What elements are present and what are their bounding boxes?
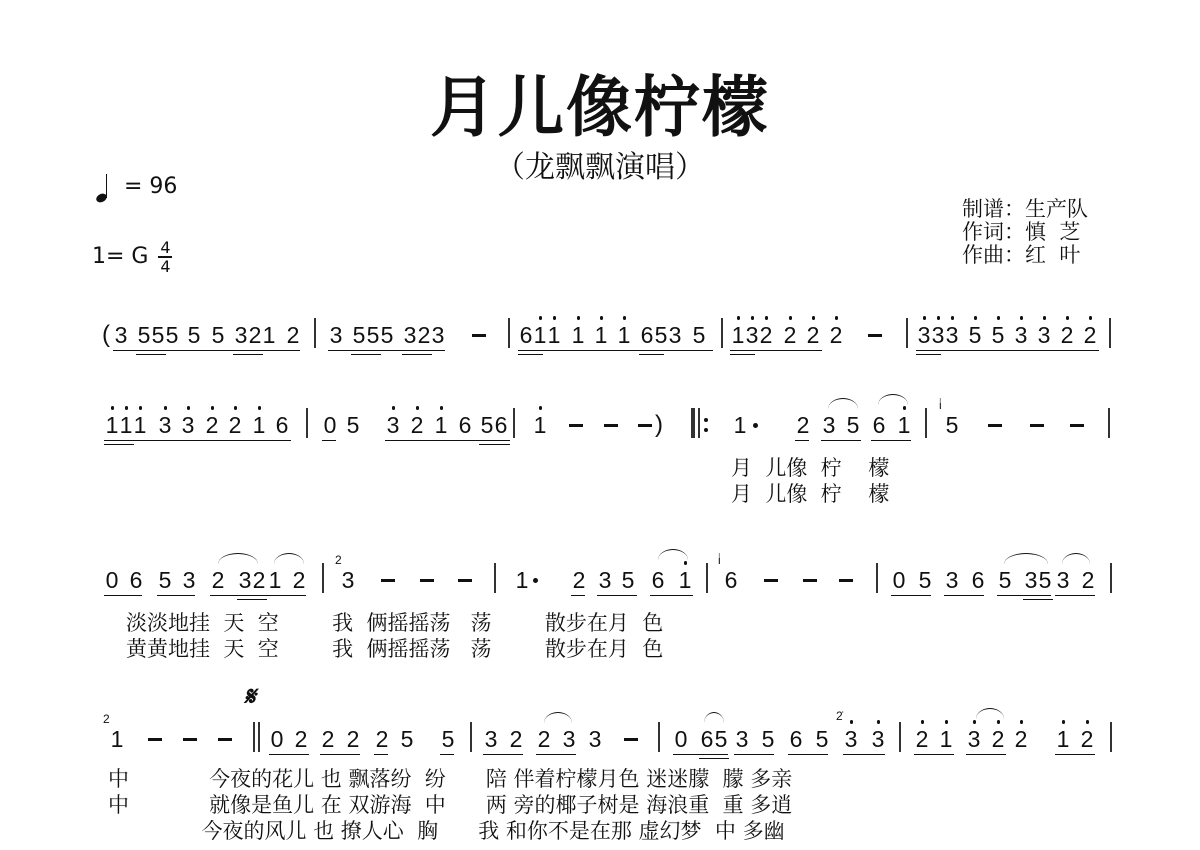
- barline: [1110, 563, 1112, 593]
- grace-note: i̇: [718, 554, 721, 566]
- note: 5: [366, 322, 380, 348]
- note: 3: [945, 567, 959, 593]
- tempo-value: = 96: [124, 172, 177, 202]
- note: 1: [533, 322, 547, 348]
- lyric-line-3: 今夜的风儿 也 撩人心 胸 我 和你不是在那 虚幻梦 中 多幽: [108, 818, 785, 844]
- repeat-dot: [704, 428, 708, 432]
- note: 5: [761, 726, 775, 752]
- note: 3: [431, 322, 445, 348]
- note: 1: [262, 322, 276, 348]
- note: 2: [410, 412, 424, 438]
- note: 6: [458, 412, 472, 438]
- lyric-line-2: 黄黄地挂 天 空 我 俩摇摇荡 荡 散步在月 色: [126, 636, 663, 662]
- note: 6: [640, 322, 654, 348]
- note: 2: [417, 322, 431, 348]
- note: 5: [692, 322, 706, 348]
- key-text: 1= G: [92, 242, 148, 272]
- open-paren: (: [102, 321, 110, 349]
- repeat-start-barline: [691, 408, 695, 438]
- note: 2: [783, 322, 797, 348]
- note: 6: [971, 567, 985, 593]
- lyric-line-1: 淡淡地挂 天 空 我 俩摇摇荡 荡 散步在月 色: [126, 610, 663, 636]
- note: 2: [294, 726, 308, 752]
- note: 5: [846, 412, 860, 438]
- note: 2: [509, 726, 523, 752]
- note: 6: [651, 567, 665, 593]
- note: 1: [515, 567, 529, 593]
- note: 2: [286, 322, 300, 348]
- lyric-line-2: 月 儿像 柠 檬: [731, 481, 889, 507]
- barline: [925, 408, 927, 438]
- note: 1: [733, 412, 747, 438]
- note: 5: [621, 567, 635, 593]
- note: 5: [211, 322, 225, 348]
- note: 3: [598, 567, 612, 593]
- note: 5: [441, 726, 455, 752]
- note: 2: [1081, 567, 1095, 593]
- note: 3: [945, 322, 959, 348]
- note: 2: [1083, 322, 1097, 348]
- barline: [1110, 722, 1112, 752]
- note: 2: [1014, 726, 1028, 752]
- note: 2: [252, 567, 266, 593]
- note: 5: [654, 322, 668, 348]
- note: 1: [1056, 726, 1070, 752]
- note: 6: [494, 412, 508, 438]
- note: 5: [1038, 567, 1052, 593]
- performer-subtitle: （龙飘飘演唱）: [0, 148, 1200, 188]
- time-sig-top: 4: [160, 240, 170, 255]
- segno-icon: 𝄋: [244, 682, 255, 713]
- note: 1: [939, 726, 953, 752]
- score-system-2: 1 1 1 3 3 2 2 1 6 0 5 3 2 1 6 5 6 1 ) 1 …: [0, 412, 1200, 472]
- note: 1: [133, 412, 147, 438]
- note: 5: [991, 322, 1005, 348]
- credit-composer: 作曲：红 叶: [962, 244, 1088, 267]
- note: 1: [547, 322, 561, 348]
- note: 3: [234, 322, 248, 348]
- note: 3: [967, 726, 981, 752]
- note: 5: [151, 322, 165, 348]
- note: 2: [211, 567, 225, 593]
- credit-arranger: 制谱：生产队: [962, 198, 1088, 221]
- note: 0: [323, 412, 337, 438]
- double-barline: [253, 722, 255, 752]
- note: 1: [678, 567, 692, 593]
- note: 1: [110, 726, 124, 752]
- note: 3: [1037, 322, 1051, 348]
- note: 3: [403, 322, 417, 348]
- note: 2: [829, 322, 843, 348]
- note: 3: [931, 322, 945, 348]
- note: 3: [1014, 322, 1028, 348]
- note: 3: [182, 567, 196, 593]
- note: 1: [617, 322, 631, 348]
- note: 1: [105, 412, 119, 438]
- barline: [899, 722, 901, 752]
- note: 1: [268, 567, 282, 593]
- barline: [721, 318, 723, 348]
- note: 0: [674, 726, 688, 752]
- note: 1: [252, 412, 266, 438]
- barline: [1108, 408, 1110, 438]
- barline: [876, 563, 878, 593]
- note: 6: [724, 567, 738, 593]
- grace-note: i̇: [939, 399, 942, 411]
- grace-note: 2: [103, 713, 110, 725]
- repeat-dot: [704, 418, 708, 422]
- augmentation-dot: [753, 423, 758, 428]
- note: 5: [968, 322, 982, 348]
- note: 2: [759, 322, 773, 348]
- note: 2: [915, 726, 929, 752]
- barline: [322, 563, 324, 593]
- grace-note: 2̇: [836, 710, 843, 722]
- time-signature: 4 4: [158, 240, 172, 274]
- note: 3: [1056, 567, 1070, 593]
- note: 3: [745, 322, 759, 348]
- augmentation-dot: [533, 578, 538, 583]
- note: 5: [400, 726, 414, 752]
- note: 2: [375, 726, 389, 752]
- barline: [513, 408, 515, 438]
- note: 5: [714, 726, 728, 752]
- note: 0: [270, 726, 284, 752]
- note: 3: [329, 322, 343, 348]
- note: 6: [129, 567, 143, 593]
- note: 5: [380, 322, 394, 348]
- note: 5: [346, 412, 360, 438]
- score-system-3: 0 6 5 3 2 3 2 1 2 2 3 1 2 3 5 6 1 i̇ 6 0…: [0, 567, 1200, 627]
- note: 5: [480, 412, 494, 438]
- note: 1: [571, 322, 585, 348]
- note: 5: [998, 567, 1012, 593]
- score-system-4: 2 1 𝄋 0 2 2 2 2 5 5 3 2 2 3 3 0 6 5 3 5 …: [0, 726, 1200, 786]
- barline: [494, 563, 496, 593]
- note: 6: [872, 412, 886, 438]
- note: 2: [806, 322, 820, 348]
- song-title: 月儿像柠檬: [0, 68, 1200, 148]
- quarter-note-icon: [96, 172, 110, 202]
- note: 6: [789, 726, 803, 752]
- barline: [508, 318, 510, 348]
- note: 2: [292, 567, 306, 593]
- note: 1: [533, 412, 547, 438]
- note: 6: [275, 412, 289, 438]
- note: 3: [917, 322, 931, 348]
- note: 2: [248, 322, 262, 348]
- note: 2: [228, 412, 242, 438]
- note: 2: [1080, 726, 1094, 752]
- lyric-line-1: 中 今夜的花儿 也 飘落纷 纷 陪 伴着柠檬月色 迷迷朦 朦 多亲: [108, 766, 792, 792]
- key-signature: 1= G 4 4: [92, 240, 172, 274]
- note: 3: [386, 412, 400, 438]
- note: 1: [594, 322, 608, 348]
- note: 0: [892, 567, 906, 593]
- note: 3: [822, 412, 836, 438]
- note: 3: [562, 726, 576, 752]
- barline: [314, 318, 316, 348]
- score-system-1: ( 3 5 5 5 5 5 3 2 1 2 3 5 5 5 3 2 3 6 1 …: [0, 322, 1200, 382]
- barline: [306, 408, 308, 438]
- note: 5: [137, 322, 151, 348]
- note: 1: [897, 412, 911, 438]
- note: 1: [119, 412, 133, 438]
- barline: [470, 722, 472, 752]
- note: 3: [181, 412, 195, 438]
- note: 5: [815, 726, 829, 752]
- credits: 制谱：生产队 作词：慎 芝 作曲：红 叶: [962, 198, 1088, 267]
- note: 3: [871, 726, 885, 752]
- barline: [1109, 318, 1111, 348]
- note: 6: [700, 726, 714, 752]
- note: 2: [321, 726, 335, 752]
- note: 5: [352, 322, 366, 348]
- note: 1: [731, 322, 745, 348]
- note: 0: [105, 567, 119, 593]
- credit-lyricist: 作词：慎 芝: [962, 221, 1088, 244]
- note: 5: [945, 412, 959, 438]
- note: 3: [341, 567, 355, 593]
- tempo-marking: = 96: [96, 172, 177, 202]
- note: 5: [187, 322, 201, 348]
- barline: [706, 563, 708, 593]
- lyric-line-1: 月 儿像 柠 檬: [731, 455, 889, 481]
- note: 3: [114, 322, 128, 348]
- note: 2: [346, 726, 360, 752]
- note: 2: [572, 567, 586, 593]
- note: 2: [796, 412, 810, 438]
- note: 3: [735, 726, 749, 752]
- note: 5: [158, 567, 172, 593]
- grace-note: 2: [335, 554, 342, 566]
- note: 3: [238, 567, 252, 593]
- note: 5: [918, 567, 932, 593]
- note: 2: [991, 726, 1005, 752]
- note: 3: [668, 322, 682, 348]
- lyric-line-2: 中 就像是鱼儿 在 双游海 中 两 旁的椰子树是 海浪重 重 多逍: [108, 792, 792, 818]
- note: 2: [537, 726, 551, 752]
- note: 3: [484, 726, 498, 752]
- note: 3: [1024, 567, 1038, 593]
- time-sig-bottom: 4: [160, 259, 170, 274]
- note: 3: [158, 412, 172, 438]
- note: 2: [1060, 322, 1074, 348]
- barline: [906, 318, 908, 348]
- note: 3: [588, 726, 602, 752]
- note: 3: [844, 726, 858, 752]
- note: 6: [519, 322, 533, 348]
- note: 5: [165, 322, 179, 348]
- barline: [658, 722, 660, 752]
- close-paren: ): [655, 411, 663, 439]
- note: 1: [434, 412, 448, 438]
- note: 2: [205, 412, 219, 438]
